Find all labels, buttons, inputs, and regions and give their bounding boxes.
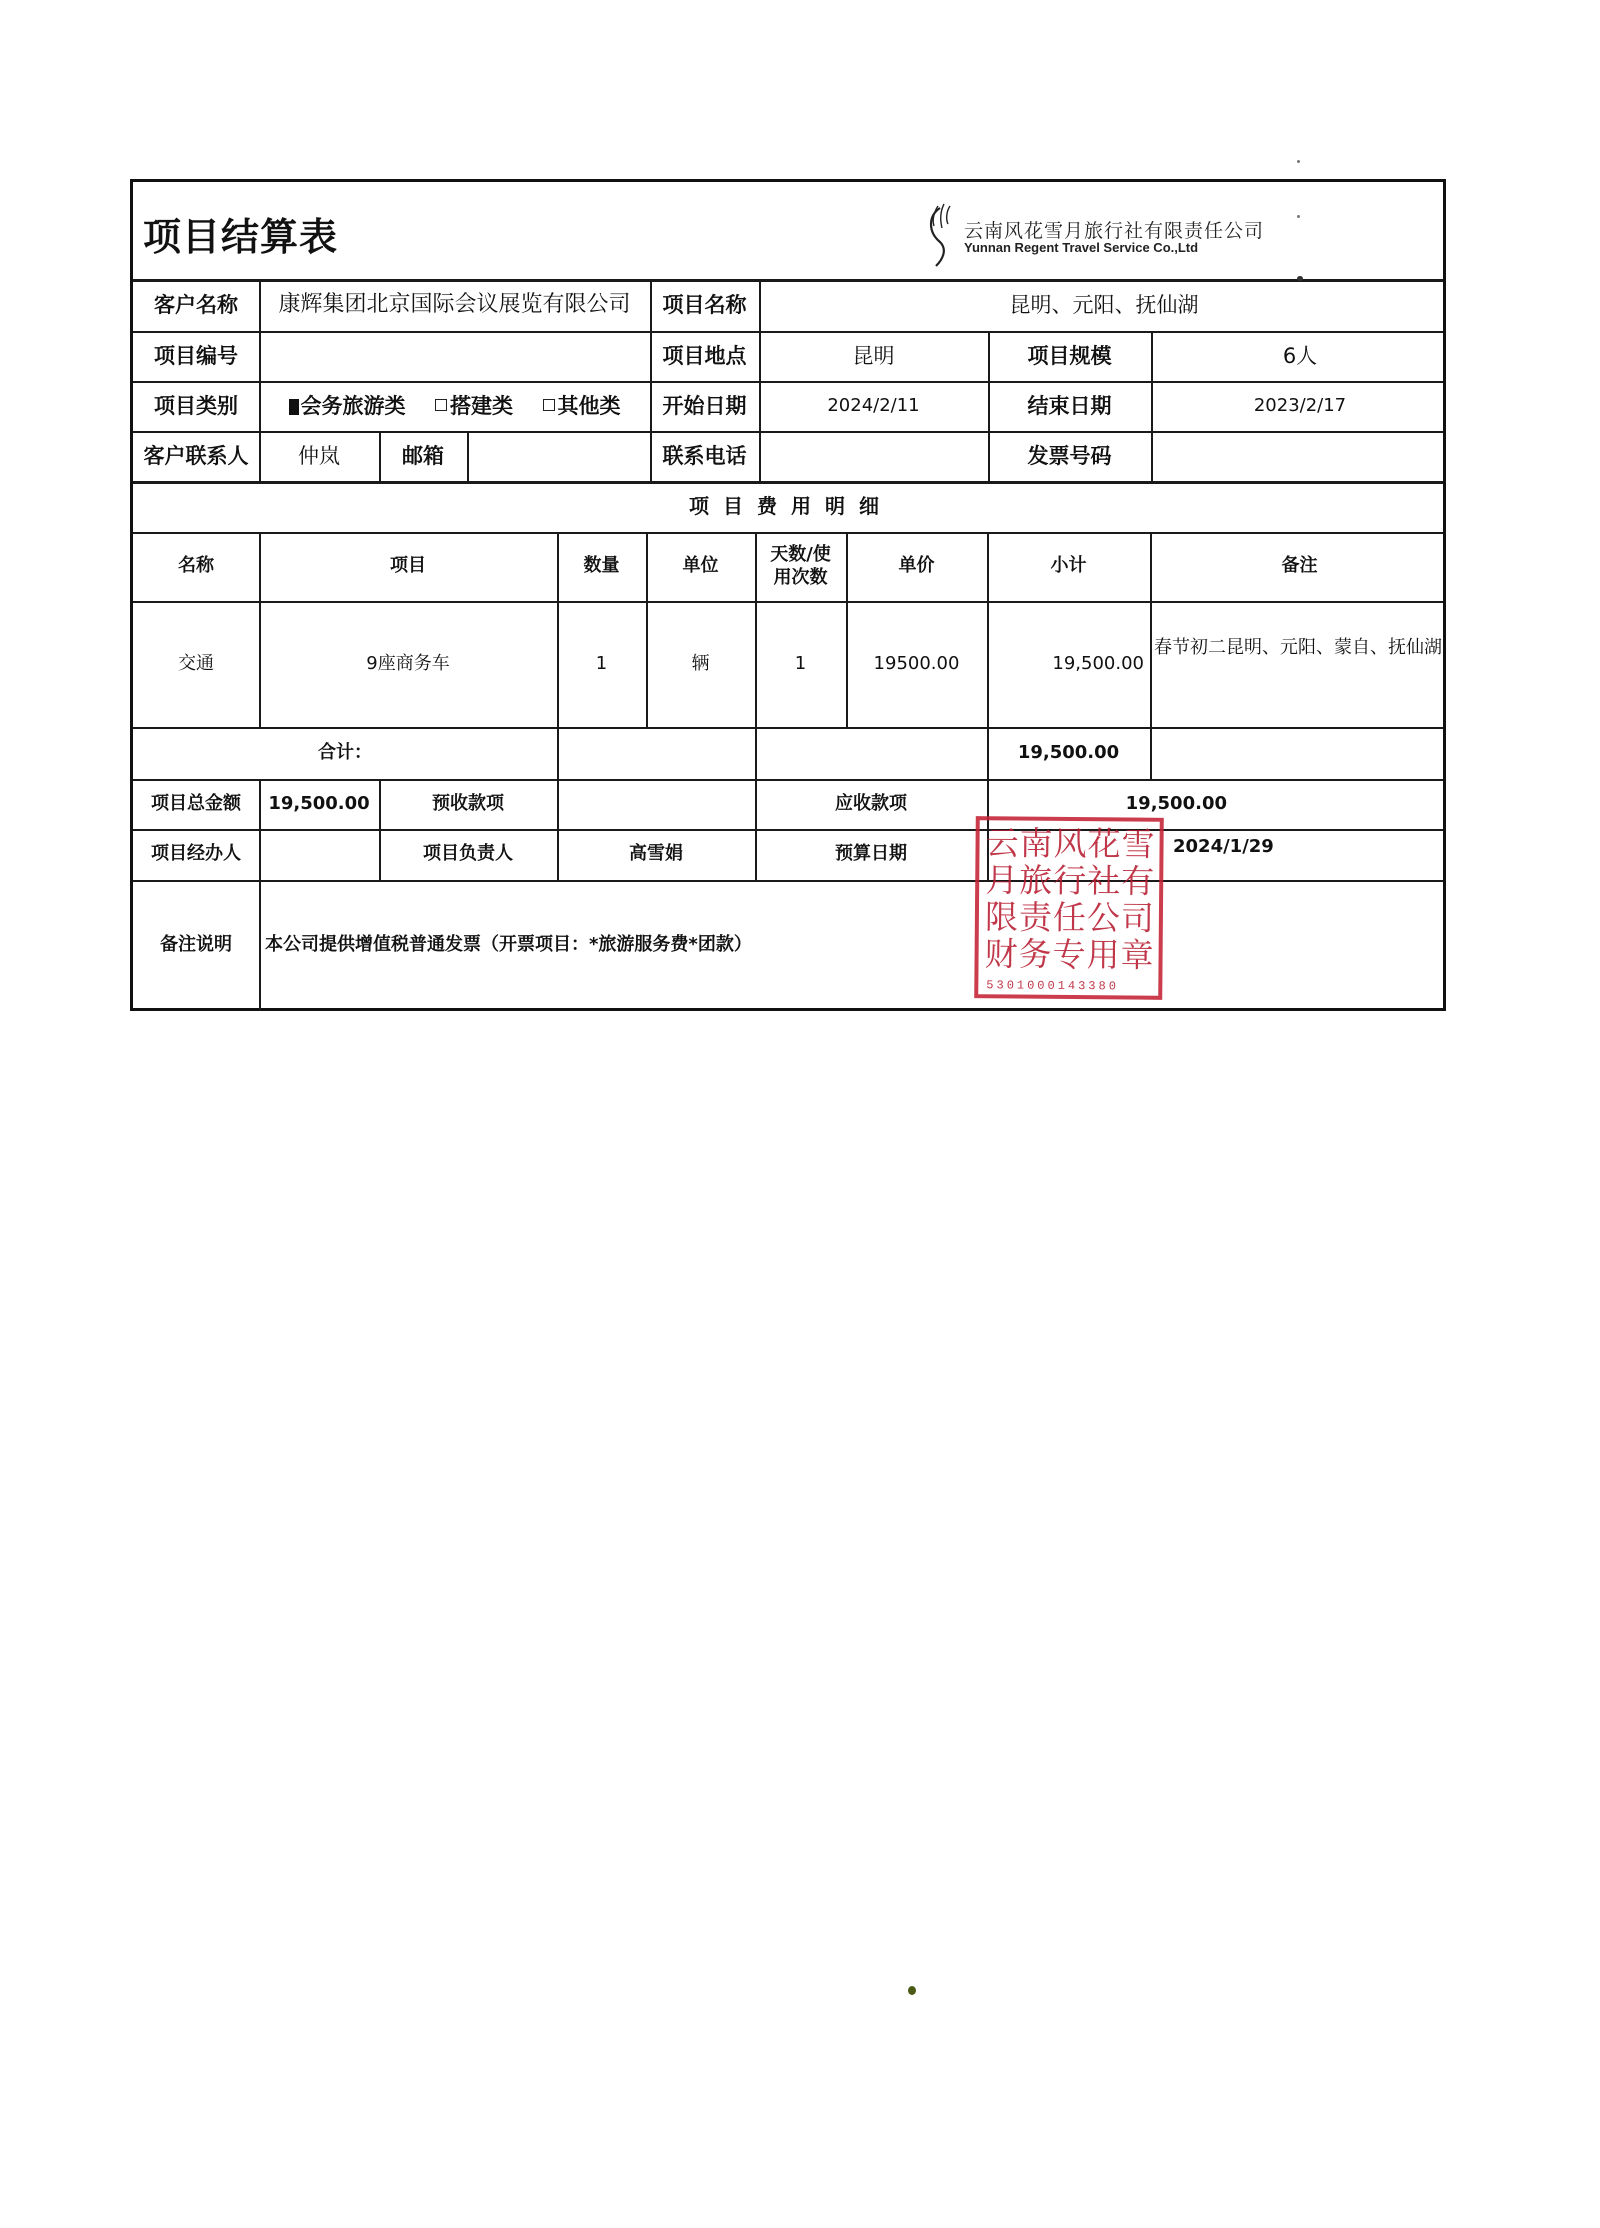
col-header-unit-price: 单价 [846,532,987,601]
category-option-construction[interactable]: 搭建类 [435,393,513,419]
scan-speck [908,1986,916,1995]
prepaid-label: 预收款项 [379,779,557,829]
project-name-value: 昆明、元阳、抚仙湖 [759,279,1449,331]
col-header-unit: 单位 [646,532,755,601]
prepaid-value [557,779,755,829]
total-amount-label: 项目总金额 [133,779,259,829]
col-header-name: 名称 [133,532,259,601]
seal-number: 5301000143380 [986,978,1119,993]
phone-value [759,431,988,481]
page-title: 项目结算表 [143,206,338,261]
end-date-value: 2023/2/17 [1151,381,1449,431]
budget-date-label: 预算日期 [755,829,987,880]
checkbox-empty-icon [543,399,555,411]
company-name-en: Yunnan Regent Travel Service Co.,Ltd [964,240,1198,255]
location-label: 项目地点 [650,331,759,381]
handler-label: 项目经办人 [133,829,259,880]
category-options: 会务旅游类 搭建类 其他类 [259,381,650,431]
detail-quantity: 1 [557,601,646,727]
scale-value: 6人 [1151,331,1449,381]
detail-name: 交通 [133,601,259,727]
detail-subtotal: 19,500.00 [987,601,1150,727]
customer-name-label: 客户名称 [133,279,259,331]
manager-label: 项目负责人 [379,829,557,880]
seal-text: 云南风花雪 月旅行社有 限责任公司 财务专用章 [984,824,1157,973]
detail-unit: 辆 [646,601,755,727]
contact-value: 仲岚 [259,431,379,481]
notes-value: 本公司提供增值税普通发票（开票项目：*旅游服务费*团款） [259,880,979,1011]
category-option-meeting-travel[interactable]: 会务旅游类 [289,393,406,419]
budget-date-value: 2024/1/29 [1169,822,1369,873]
col-header-days: 天数/使 用次数 [755,532,846,601]
total-amount-value: 19,500.00 [259,779,379,829]
manager-value: 高雪娟 [557,829,755,880]
col-header-item: 项目 [259,532,557,601]
checkbox-checked-icon [289,399,299,415]
category-option-other[interactable]: 其他类 [543,393,621,419]
start-date-value: 2024/2/11 [759,381,988,431]
scan-speck [1297,215,1300,218]
total-value: 19,500.00 [987,727,1150,779]
email-value [467,431,650,481]
checkbox-empty-icon [435,399,447,411]
handler-value [259,829,379,880]
flower-stroke-logo-icon [918,202,960,268]
detail-item: 9座商务车 [259,601,557,727]
start-date-label: 开始日期 [650,381,759,431]
location-value: 昆明 [759,331,988,381]
finance-seal-stamp: 云南风花雪 月旅行社有 限责任公司 财务专用章 5301000143380 [974,816,1164,1000]
project-name-label: 项目名称 [650,279,759,331]
invoice-no-label: 发票号码 [988,431,1151,481]
phone-label: 联系电话 [650,431,759,481]
category-label: 项目类别 [133,381,259,431]
receivable-label: 应收款项 [755,779,987,829]
detail-remark: 春节初二昆明、元阳、蒙自、抚仙湖 [1150,601,1449,727]
scale-label: 项目规模 [988,331,1151,381]
total-label: 合计： [133,727,557,779]
project-no-value [259,331,650,381]
invoice-no-value [1151,431,1449,481]
email-label: 邮箱 [379,431,467,481]
company-logo: 云南风花雪月旅行社有限责任公司 Yunnan Regent Travel Ser… [918,202,1418,272]
project-no-label: 项目编号 [133,331,259,381]
detail-days: 1 [755,601,846,727]
customer-name-value: 康辉集团北京国际会议展览有限公司 [259,279,650,331]
scan-speck [1297,160,1300,163]
details-section-title: 项目费用明细 [133,481,1449,532]
company-name-cn: 云南风花雪月旅行社有限责任公司 [964,216,1264,243]
settlement-form: 项目结算表 云南风花雪月旅行社有限责任公司 Yunnan Regent Trav… [130,179,1446,1011]
notes-label: 备注说明 [133,880,259,1011]
detail-unit-price: 19500.00 [846,601,987,727]
scan-speck [1297,276,1303,281]
contact-label: 客户联系人 [133,431,259,481]
col-header-remark: 备注 [1150,532,1449,601]
end-date-label: 结束日期 [988,381,1151,431]
col-header-quantity: 数量 [557,532,646,601]
col-header-subtotal: 小计 [987,532,1150,601]
